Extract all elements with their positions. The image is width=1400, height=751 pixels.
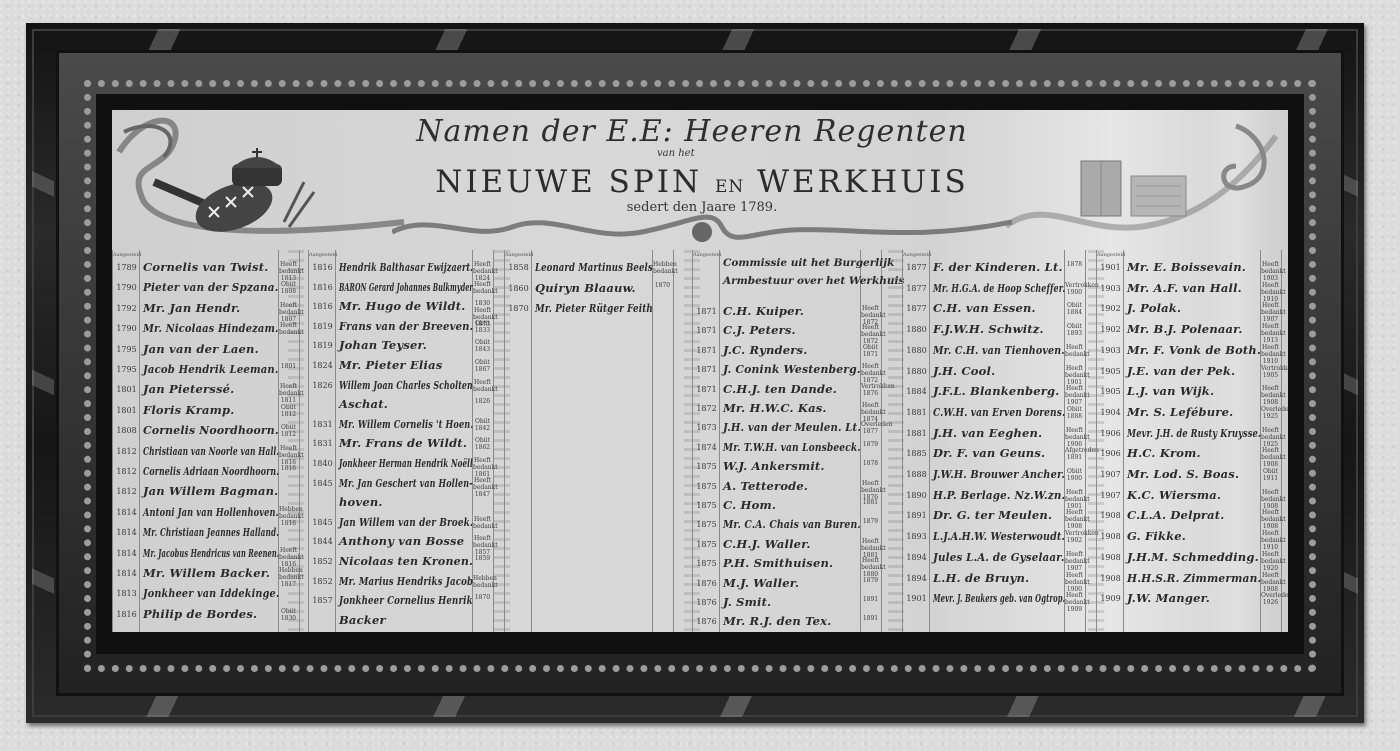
regent-row: 1819Johan Teyser.Obiit 1843 (309, 336, 493, 356)
appointment-year: 1894 (904, 553, 929, 562)
appointment-year: 1860 (506, 284, 531, 293)
regent-name: Mevr. J.H. de Rusty Kruysse. (1127, 426, 1261, 440)
appointment-year: 1816 (310, 302, 335, 311)
appointment-year: 1871 (694, 365, 719, 374)
regent-row: 1894Jules L.A. de Gyselaar.Heeft bedankt… (903, 548, 1085, 568)
appointment-year: 1795 (114, 365, 139, 374)
regent-name: L.J.A.H.W. Westerwoudt. (933, 529, 1065, 543)
regent-name: Mr. A.F. van Hall. (1127, 281, 1242, 295)
regent-name: Mr. Lod. S. Boas. (1127, 467, 1239, 481)
appointment-year: 1902 (1098, 325, 1123, 334)
departure-note: Hebben bedankt (653, 261, 672, 275)
regent-row: 1904Mr. S. Lefébure.Overleden 1925 (1097, 403, 1281, 423)
departure-note: 1881 (861, 499, 880, 506)
appointment-year: 1824 (310, 361, 335, 370)
regent-row: 1888J.W.H. Brouwer Ancher.Obiit 1900 (903, 465, 1085, 485)
regent-row: 1907K.C. Wiersma.Heeft bedankt 1908 (1097, 486, 1281, 506)
appointment-year: 1845 (310, 479, 335, 488)
appointment-year: 1875 (694, 540, 719, 549)
regent-row: 1871J.C. Rynders.Obiit 1871 (693, 341, 881, 361)
regent-name: J. Polak. (1127, 301, 1181, 315)
regent-name: J. Smit. (723, 595, 771, 609)
regent-name: Mr. Pieter Elias (339, 358, 442, 372)
regent-row: 1816Hendrik Balthasar Ewijzaert.Heeft be… (309, 258, 493, 278)
regent-row: 1880J.H. Cool.Heeft bedankt 1901 (903, 362, 1085, 382)
appointment-year: 1906 (1098, 429, 1123, 438)
appointment-year: 1844 (310, 537, 335, 546)
departure-note: Heeft bedankt (473, 281, 492, 295)
regent-name: L.H. de Bruyn. (933, 571, 1029, 585)
regent-row: 1906H.C. Krom.Heeft bedankt 1908 (1097, 444, 1281, 464)
regent-name: Mr. H.G.A. de Hoop Scheffer. (933, 281, 1065, 295)
regent-name: C.H. Kuiper. (723, 304, 804, 318)
regent-row: 1890H.P. Berlage. Nz.W.zn.Heeft bedankt … (903, 486, 1085, 506)
regent-name: C.H. van Essen. (933, 301, 1036, 315)
regent-row: 1826Willem Joan Charles ScholtenHeeft be… (309, 376, 493, 396)
departure-note: Vertrokken 1902 (1065, 530, 1084, 544)
regent-row: 1905L.J. van Wijk.Heeft bedankt 1908 (1097, 382, 1281, 402)
regent-name: Backer (339, 613, 386, 627)
commission-header-line-2: Armbestuur over het Werkhuis (723, 272, 904, 290)
regent-name: Cornelis Noordhoorn. (143, 423, 279, 437)
regents-column-3: Aangesteld1858Leonard Martinus BeelsHebb… (504, 250, 674, 632)
appointment-year: 1876 (694, 579, 719, 588)
departure-note: Heeft bedankt (473, 516, 492, 530)
regent-name: Mr. E. Boissevain. (1127, 260, 1246, 274)
regent-row: 1902J. Polak.Heeft bedankt 1907 (1097, 299, 1281, 319)
regent-name: C.H.J. ten Dande. (723, 382, 837, 396)
appointment-year: 1790 (114, 283, 139, 292)
departure-note: 1891 (861, 615, 880, 622)
regent-name: Mr. H.W.C. Kas. (723, 401, 827, 415)
regent-name: J.F.L. Blankenberg. (933, 384, 1059, 398)
regent-name: Anthony van Bosse (339, 534, 464, 548)
regent-name: P.H. Smithuisen. (723, 556, 833, 570)
departure-note: 1878 (1065, 261, 1084, 268)
regent-name: Mr. C.H. van Tienhoven. (933, 343, 1065, 357)
regent-row: 1792Mr. Jan Hendr.Heeft bedankt 1807 (113, 299, 299, 319)
regent-row: 1819Frans van der Breeven.Obiit 1833 (309, 317, 493, 337)
regent-row: 1876M.J. Waller.1879 (693, 574, 881, 594)
departure-note: Heeft bedankt (473, 379, 492, 393)
appointment-year: 1814 (114, 508, 139, 517)
regent-row: 1903Mr. A.F. van Hall.Heeft bedankt 1910 (1097, 279, 1281, 299)
regent-row: 1875C.H.J. Waller.Heeft bedankt 1881 (693, 535, 881, 555)
appointment-year: 1826 (310, 381, 335, 390)
regent-name: Mr. Willem Backer. (143, 566, 270, 580)
regent-row: 1880F.J.W.H. Schwitz.Obiit 1893 (903, 320, 1085, 340)
appointment-year: 1819 (310, 322, 335, 331)
appointment-year: 1876 (694, 617, 719, 626)
appointment-year: 1812 (114, 447, 139, 456)
appointment-year: 1816 (310, 283, 335, 292)
regent-row: Backer (309, 611, 493, 631)
appointment-year: 1871 (694, 346, 719, 355)
regent-row: 1814Mr. Christiaan Jeannes Halland. (113, 523, 299, 543)
appointment-year: 1875 (694, 520, 719, 529)
regent-row: 1877Mr. H.G.A. de Hoop Scheffer.Vertrokk… (903, 279, 1085, 299)
title-van-het: van het (657, 148, 695, 159)
regent-name: Quiryn Blaauw. (535, 281, 636, 295)
regents-column-2: Aangesteld1816Hendrik Balthasar Ewijzaer… (308, 250, 494, 632)
appointment-year: 1908 (1098, 574, 1123, 583)
regent-name: Jacob Hendrik Leeman. (143, 362, 279, 376)
regent-name: Mr. R.J. den Tex. (723, 614, 831, 628)
appointment-year: 1905 (1098, 367, 1123, 376)
regent-row: 1790Pieter van der Spzana.Obiit 1808 (113, 278, 299, 298)
appointment-year: 1902 (1098, 304, 1123, 313)
appointment-year: 1880 (904, 325, 929, 334)
regent-row: hoven. (309, 493, 493, 513)
appointment-year: 1875 (694, 462, 719, 471)
regent-name: Mr. Nicolaas Hindezam. (143, 321, 279, 335)
regent-row: 1814Antoni Jan van Hollenhoven.Hebben be… (113, 503, 299, 523)
departure-note: Hebben bedankt (473, 575, 492, 589)
regent-name: Mr. T.W.H. van Lonsbeeck. (723, 440, 861, 454)
regent-row: 1908J.H.M. Schmedding.Heeft bedankt 1920 (1097, 548, 1281, 568)
regent-name: Floris Kramp. (143, 403, 234, 417)
regent-row: 1875P.H. Smithuisen.Heeft bedankt 1880 (693, 554, 881, 574)
regent-row: 1812Cornelis Adriaan Noordhoorn.1816 (113, 462, 299, 482)
regent-row: 1812Christiaan van Noorle van Hall.Heeft… (113, 442, 299, 462)
appointment-year: 1893 (904, 532, 929, 541)
regent-row: 1875W.J. Ankersmit.1878 (693, 457, 881, 477)
appointment-year: 1801 (114, 385, 139, 394)
appointment-year: 1873 (694, 423, 719, 432)
regent-row: 1870Mr. Pieter Rütger Feith (505, 299, 673, 319)
departure-note: Afgetreden 1891 (1065, 447, 1084, 461)
regent-name: Aschat. (339, 397, 388, 411)
regent-name: Mr. Pieter Rütger Feith (535, 301, 653, 315)
regent-row: 1840Jonkheer Herman Hendrik NoëllHeeft b… (309, 454, 493, 474)
appointment-year: 1872 (694, 404, 719, 413)
regent-name: Cornelis Adriaan Noordhoorn. (143, 464, 279, 478)
regent-name: C.H.J. Waller. (723, 537, 811, 551)
appointment-year: 1852 (310, 557, 335, 566)
appointment-year: 1874 (694, 443, 719, 452)
regent-row: 1877C.H. van Essen.Obiit 1884 (903, 299, 1085, 319)
regent-name: Johan Teyser. (339, 338, 427, 352)
regent-row: 1814Mr. Jacobus Hendricus van Reenen.Hee… (113, 544, 299, 564)
regent-name: F. der Kinderen. Lt. (933, 260, 1063, 274)
regent-row: 1801Floris Kramp.Obiit 1812 (113, 401, 299, 421)
departure-note: Heeft bedankt 1909 (1065, 592, 1084, 613)
regent-name: Frans van der Breeven. (339, 319, 473, 333)
regent-name: Mr. Jacobus Hendricus van Reenen. (143, 546, 279, 560)
regent-name: Jonkheer Cornelius Henrik (339, 593, 473, 607)
regents-board: Namen der E.E: Heeren Regenten van het N… (112, 110, 1288, 632)
frame-molding-left (32, 63, 54, 683)
regent-row: 1873J.H. van der Meulen. Lt.Overleden 18… (693, 418, 881, 438)
regent-name: Mr. S. Lefébure. (1127, 405, 1233, 419)
appointment-year: 1857 (310, 596, 335, 605)
regent-row: 1876J. Smit.1891 (693, 593, 881, 613)
departure-note: 1859 (473, 555, 492, 562)
regent-row: 1881J.H. van Eeghen.Heeft bedankt 1906 (903, 424, 1085, 444)
title-line-2: NIEUWE SPIN EN WERKHUIS (312, 164, 1092, 200)
appointment-year: 1871 (694, 385, 719, 394)
regent-row: 1795Jan van der Laen. (113, 340, 299, 360)
appointment-year: 1814 (114, 549, 139, 558)
appointment-year: 1831 (310, 439, 335, 448)
appointment-year: 1881 (904, 429, 929, 438)
regent-name: Mr. B.J. Polenaar. (1127, 322, 1243, 336)
regent-name: J. Conink Westenberg. (723, 362, 861, 376)
regent-row: 1884J.F.L. Blankenberg.Heeft bedankt 190… (903, 382, 1085, 402)
commission-header-line-1: Commissie uit het Burgerlijk (723, 254, 904, 272)
appointment-year: 1831 (310, 420, 335, 429)
appointment-year: 1795 (114, 345, 139, 354)
regent-name: C. Hom. (723, 498, 776, 512)
appointment-year: 1875 (694, 559, 719, 568)
regent-row: 1831Mr. Willem Cornelis 't Hoen.Obiit 18… (309, 415, 493, 435)
departure-note: Obiit 1843 (473, 339, 492, 353)
regent-row: 1908C.L.A. Delprat.Heeft bedankt 1908 (1097, 506, 1281, 526)
appointment-year: 1876 (694, 598, 719, 607)
appointment-year: 1840 (310, 459, 335, 468)
appointment-year: 1890 (904, 491, 929, 500)
departure-note: Obiit 1867 (473, 359, 492, 373)
regent-name: Jan van der Laen. (143, 342, 259, 356)
regent-name: Christiaan van Noorle van Hall. (143, 444, 279, 458)
regent-row: 1845Jan Willem van der Broek.Heeft bedan… (309, 513, 493, 533)
regent-name: J.C. Rynders. (723, 343, 807, 357)
appointment-year: 1814 (114, 528, 139, 537)
regent-name: J.H. Cool. (933, 364, 995, 378)
regent-name: H.C. Krom. (1127, 446, 1201, 460)
departure-note: Heeft bedankt (279, 322, 298, 336)
appointment-year: 1880 (904, 367, 929, 376)
regent-name: Mr. Hugo de Wildt. (339, 299, 465, 313)
regent-row: 1877F. der Kinderen. Lt.1878 (903, 258, 1085, 278)
departure-note: 1879 (861, 441, 880, 448)
appointment-year: 1870 (506, 304, 531, 313)
regent-row: 1876Mr. R.J. den Tex.1891 (693, 612, 881, 632)
regent-name: J.W.H. Brouwer Ancher. (933, 467, 1065, 481)
appointment-year: 1908 (1098, 553, 1123, 562)
appointment-year: 1888 (904, 470, 929, 479)
regent-row: 1857Jonkheer Cornelius Henrik1870 (309, 591, 493, 611)
regent-name: W.J. Ankersmit. (723, 459, 825, 473)
regent-name: Dr. G. ter Meulen. (933, 508, 1052, 522)
departure-note: Heeft bedankt (1065, 344, 1084, 358)
regent-name: Jules L.A. de Gyselaar. (933, 550, 1065, 564)
appointment-year: 1877 (904, 284, 929, 293)
regent-name: Philip de Bordes. (143, 607, 257, 621)
departure-note: 1801 (279, 363, 298, 370)
regent-row: 1908G. Fikke.Heeft bedankt 1910 (1097, 527, 1281, 547)
regent-row: 1881C.W.H. van Erven Dorens.Obiit 1888 (903, 403, 1085, 423)
appointment-year: 1819 (310, 341, 335, 350)
appointment-year: 1891 (904, 511, 929, 520)
regent-row: 1871J. Conink Westenberg.Heeft bedankt 1… (693, 360, 881, 380)
departure-note: Obiit 1842 (473, 418, 492, 432)
regent-name: Mevr. J. Beukers geb. van Ogtrop. (933, 591, 1065, 605)
regent-row: 1909J.W. Manger.Overleden 1926 (1097, 589, 1281, 609)
regent-name: Nicolaas ten Kronen. (339, 554, 473, 568)
departure-note: 1879 (861, 577, 880, 584)
appointment-year: 1816 (114, 610, 139, 619)
regent-name: C.J. Peters. (723, 323, 796, 337)
appointment-year: 1901 (1098, 263, 1123, 272)
regent-row: 1874Mr. T.W.H. van Lonsbeeck.1879 (693, 438, 881, 458)
regent-row: 1885Dr. F. van Geuns.Afgetreden 1891 (903, 444, 1085, 464)
regent-row: 1852Mr. Marius Hendriks JacobHebben beda… (309, 572, 493, 592)
departure-note: 1816 (279, 465, 298, 472)
appointment-year: 1909 (1098, 594, 1123, 603)
regent-row: 1875A. Tetterode.Heeft bedankt 1876 (693, 477, 881, 497)
regent-name: Mr. C.A. Chais van Buren. (723, 517, 861, 531)
regent-name: Mr. F. Vonk de Both. (1127, 343, 1261, 357)
departure-note: 1879 (861, 518, 880, 525)
appointment-year: 1858 (506, 263, 531, 272)
departure-note: Overleden 1925 (1261, 406, 1280, 420)
departure-note: Obiit 1871 (861, 344, 880, 358)
appointment-year: 1885 (904, 449, 929, 458)
appointment-year: 1901 (904, 594, 929, 603)
appointment-year: 1907 (1098, 491, 1123, 500)
regents-column-6: Aangesteld1901Mr. E. Boissevain.Heeft be… (1096, 250, 1282, 632)
regent-row: 1790Mr. Nicolaas Hindezam.Heeft bedankt (113, 319, 299, 339)
title-werkhuis: WERKHUIS (757, 164, 969, 200)
regent-row: 1908H.H.S.R. Zimmerman.Heeft bedankt 190… (1097, 569, 1281, 589)
regent-row: 1816BARON Gerard Johannes BulkmyderHeeft… (309, 278, 493, 298)
regent-row: 1814Mr. Willem Backer.Hebben bedankt 181… (113, 564, 299, 584)
departure-note: Obiit 1833 (473, 320, 492, 334)
title-en: EN (715, 177, 744, 197)
regent-name: H.P. Berlage. Nz.W.zn. (933, 488, 1065, 502)
regent-name: BARON Gerard Johannes Bulkmyder (339, 280, 473, 294)
regents-column-1: Aangesteld1789Cornelis van Twist.Heeft b… (112, 250, 300, 632)
regent-row: 1894L.H. de Bruyn.Heeft bedankt 1900 (903, 569, 1085, 589)
appointment-year: 1908 (1098, 511, 1123, 520)
departure-note: Overleden 1877 (861, 421, 880, 435)
appointment-year: 1884 (904, 387, 929, 396)
regent-row: 1875C. Hom.1881 (693, 496, 881, 516)
regent-name: Mr. Jan Geschert van Hollen- (339, 476, 473, 490)
regent-row: 1824Mr. Pieter EliasObiit 1867 (309, 356, 493, 376)
regent-row: 1907Mr. Lod. S. Boas.Obiit 1911 (1097, 465, 1281, 485)
departure-note: Obiit 1862 (473, 437, 492, 451)
regent-row: 1808Cornelis Noordhoorn.Obiit 1812 (113, 421, 299, 441)
regent-name: Leonard Martinus Beels (535, 260, 653, 274)
regent-name: Dr. F. van Geuns. (933, 446, 1045, 460)
regent-name: G. Fikke. (1127, 529, 1186, 543)
departure-note: Obiit 1888 (1065, 406, 1084, 420)
appointment-year: 1871 (694, 326, 719, 335)
regent-row: 1816Mr. Hugo de Wildt.1830 Heeft bedankt… (309, 297, 493, 317)
appointment-year: 1903 (1098, 284, 1123, 293)
regent-name: Jonkheer van Iddekinge. (143, 586, 279, 600)
appointment-year: 1904 (1098, 408, 1123, 417)
appointment-year: 1814 (114, 569, 139, 578)
regent-name: Jan Willem van der Broek. (339, 515, 473, 529)
regent-name: J.H. van Eeghen. (933, 426, 1042, 440)
regent-name: Jan Willem Bagman. (143, 484, 278, 498)
regent-row: 1871C.H.J. ten Dande.Vertrokken 1876 (693, 380, 881, 400)
regent-name: C.W.H. van Erven Dorens. (933, 405, 1065, 419)
regent-row: 1871C.J. Peters.Heeft bedankt 1872 (693, 321, 881, 341)
regent-row: 1906Mevr. J.H. de Rusty Kruysse.Heeft be… (1097, 424, 1281, 444)
departure-note: Obiit 1900 (1065, 468, 1084, 482)
regent-name: H.H.S.R. Zimmerman. (1127, 571, 1261, 585)
departure-note: Obiit 1808 (279, 281, 298, 295)
regent-name: L.J. van Wijk. (1127, 384, 1214, 398)
regent-name: J.E. van der Pek. (1127, 364, 1235, 378)
column-header-appointed: Aangesteld (693, 252, 719, 258)
title-nieuwe-spin: NIEUWE SPIN (435, 164, 702, 200)
regent-name: Jan Pieterssé. (143, 382, 234, 396)
regent-name: J.H. van der Meulen. Lt. (723, 420, 861, 434)
departure-note: Obiit 1911 (1261, 468, 1280, 482)
appointment-year: 1881 (904, 408, 929, 417)
regent-name: J.H.M. Schmedding. (1127, 550, 1259, 564)
regent-row: 1872Mr. H.W.C. Kas.Heeft bedankt 1874 (693, 399, 881, 419)
regent-row: 1812Jan Willem Bagman. (113, 482, 299, 502)
regent-name: Jonkheer Herman Hendrik Noëll (339, 456, 473, 470)
regent-name: Antoni Jan van Hollenhoven. (143, 505, 279, 519)
regent-row: 1901Mevr. J. Beukers geb. van Ogtrop.Hee… (903, 589, 1085, 609)
regent-name: C.L.A. Delprat. (1127, 508, 1225, 522)
appointment-year: 1907 (1098, 470, 1123, 479)
regent-row: 1880Mr. C.H. van Tienhoven.Heeft bedankt (903, 341, 1085, 361)
regent-row: 1795Jacob Hendrik Leeman.1801 (113, 360, 299, 380)
regent-row: 1902Mr. B.J. Polenaar.Heeft bedankt 1913 (1097, 320, 1281, 340)
regent-row: 1871C.H. Kuiper.Heeft bedankt 1872 (693, 302, 881, 322)
regent-name: Mr. Frans de Wildt. (339, 436, 467, 450)
regent-row: 1789Cornelis van Twist.Heeft bedankt 181… (113, 258, 299, 278)
appointment-year: 1845 (310, 518, 335, 527)
regent-row: 1858Leonard Martinus BeelsHebben bedankt (505, 258, 673, 278)
appointment-year: 1789 (114, 263, 139, 272)
appointment-year: 1880 (904, 346, 929, 355)
regent-row: 1816Philip de Bordes.Obiit 1830 (113, 605, 299, 625)
departure-note: Obiit 1812 (279, 404, 298, 418)
appointment-year: 1852 (310, 577, 335, 586)
appointment-year: 1894 (904, 574, 929, 583)
regent-row: 1852Nicolaas ten Kronen.1859 (309, 552, 493, 572)
appointment-year: 1903 (1098, 346, 1123, 355)
regent-row: 1905J.E. van der Pek.Vertrokken 1905 (1097, 362, 1281, 382)
departure-note: 1826 (473, 398, 492, 405)
appointment-year: 1877 (904, 263, 929, 272)
commission-header: Commissie uit het BurgerlijkArmbestuur o… (723, 254, 904, 290)
regents-table: Aangesteld1789Cornelis van Twist.Heeft b… (112, 250, 1288, 632)
departure-note: 1870 (653, 282, 672, 289)
appointment-year: 1906 (1098, 449, 1123, 458)
appointment-year: 1871 (694, 307, 719, 316)
regent-name: Mr. Christiaan Jeannes Halland. (143, 525, 279, 539)
appointment-year: 1801 (114, 406, 139, 415)
regent-name: K.C. Wiersma. (1127, 488, 1221, 502)
appointment-year: 1808 (114, 426, 139, 435)
regent-row: 1844Anthony van BosseHeeft bedankt 1857 (309, 532, 493, 552)
appointment-year: 1875 (694, 501, 719, 510)
regent-row: 1845Mr. Jan Geschert van Hollen-Heeft be… (309, 474, 493, 494)
departure-note: 1878 (861, 460, 880, 467)
departure-note: Obiit 1830 (279, 608, 298, 622)
regent-row: 1893L.J.A.H.W. Westerwoudt.Vertrokken 19… (903, 527, 1085, 547)
regent-name: Mr. Willem Cornelis 't Hoen. (339, 417, 473, 431)
regent-name: Pieter van der Spzana. (143, 280, 279, 294)
title-since-1789: sedert den Jaare 1789. (612, 200, 792, 215)
regent-name: Cornelis van Twist. (143, 260, 268, 274)
regent-name: hoven. (339, 495, 383, 509)
regent-name: J.W. Manger. (1127, 591, 1210, 605)
appointment-year: 1875 (694, 482, 719, 491)
regent-name: Willem Joan Charles Scholten (339, 378, 473, 392)
regent-name: A. Tetterode. (723, 479, 808, 493)
